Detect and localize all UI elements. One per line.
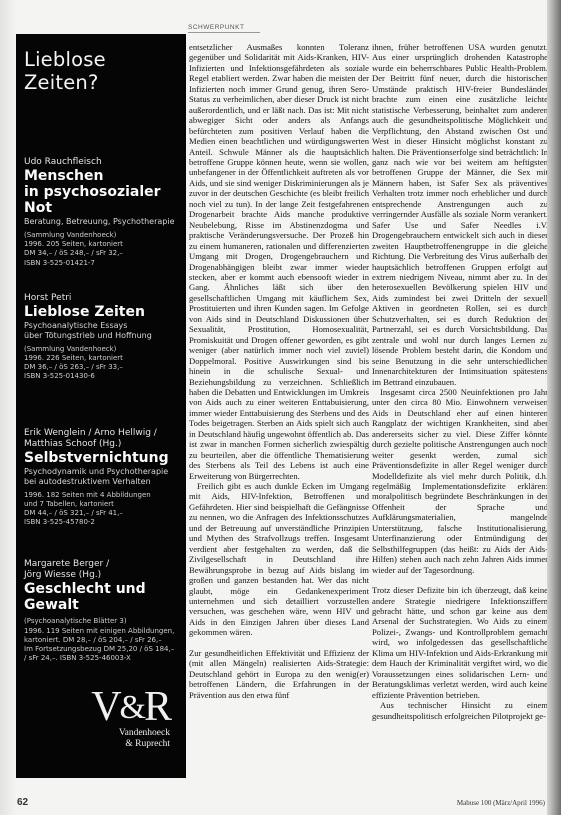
publisher-advertisement: Lieblose Zeiten? Udo Rauchfleisch Mensch… [16,34,186,778]
article-paragraph: Freilich gibt es auch dunkle Ecken im Um… [189,481,369,638]
book-details: (Psychoanalytische Blätter 3) 1996. 119 … [24,617,178,663]
book-subtitle-line: über Tötungstrieb und Hoffnung [24,331,178,341]
article-column-middle: entsetzlicher Ausmaßes konnten Toleranz … [189,42,369,777]
book-author: Udo Rauchfleisch [24,157,178,168]
book-title-line: Menschen [24,168,178,184]
book-detail-line: (Sammlung Vandenhoeck) [24,231,178,240]
book-detail-line: 1996. 182 Seiten mit 4 Abbildungen [24,491,178,500]
book-author: Erik Wenglein / Arno Hellwig / Matthias … [24,428,178,450]
book-detail-line: kartoniert. DM 28,– / öS 204,– / sFr 26,… [24,636,178,645]
book-detail-line: DM 44,– / öS 321,– / sFr 41,– [24,509,178,518]
book-subtitle: Psychoanalytische Essays über Tötungstri… [24,321,178,341]
article-paragraph: Aus technischer Hinsicht zu einem gesund… [372,700,548,721]
book-title: Lieblose Zeiten [24,304,178,320]
book-detail-line: DM 36,– / öS 263,– / sFr 33,– [24,363,178,372]
page-binding-shadow [547,0,561,815]
article-column-right: ihnen, früher betroffenen USA wurden gen… [372,42,548,777]
book-detail-line: ISBN 3-525-01421-7 [24,259,178,268]
book-title-line: in psychosozialer Not [24,184,178,216]
book-author-line: Jörg Wiesse (Hg.) [24,570,178,581]
logo-letter: R [144,684,170,730]
book-subtitle-line: Beratung, Betreuung, Psychotherapie [24,217,178,227]
publisher-name-line: & Ruprecht [91,739,170,750]
book-listing: Margarete Berger / Jörg Wiesse (Hg.) Ges… [24,559,178,663]
publisher-logo: V&R Vandenhoeck & Ruprecht [91,687,170,750]
article-paragraph: Insgesamt circa 2500 Neuinfektionen pro … [372,387,548,575]
issue-footer: Mabuse 100 (März/April 1996) [457,799,545,807]
article-paragraph: Trotz dieser Defizite bin ich überzeugt,… [372,585,548,700]
book-title: Selbstvernichtung [24,450,178,466]
page-number: 62 [17,797,28,808]
page-left-margin [0,0,16,815]
article-paragraph: ihnen, früher betroffenen USA wurden gen… [372,42,548,387]
book-author: Margarete Berger / Jörg Wiesse (Hg.) [24,559,178,581]
ad-headline: Lieblose Zeiten? [24,48,178,94]
book-detail-line: (Sammlung Vandenhoeck) [24,345,178,354]
book-listing: Horst Petri Lieblose Zeiten Psychoanalyt… [24,293,178,382]
book-author-line: Matthias Schoof (Hg.) [24,439,178,450]
book-author: Horst Petri [24,293,178,304]
book-details: (Sammlung Vandenhoeck) 1996. 205 Seiten,… [24,231,178,268]
book-detail-line: 1996. 205 Seiten, kartoniert [24,240,178,249]
book-detail-line: ISBN 3-525-45780-2 [24,518,178,527]
book-detail-line: ISBN 3-525-01430-6 [24,372,178,381]
book-subtitle-line: Psychoanalytische Essays [24,321,178,331]
book-detail-line: (Psychoanalytische Blätter 3) [24,617,178,626]
book-author-line: Erik Wenglein / Arno Hellwig / [24,428,178,439]
book-title-line: Lieblose Zeiten [24,304,178,320]
book-subtitle: Psychodynamik und Psychotherapie bei aut… [24,467,178,487]
book-author-line: Margarete Berger / [24,559,178,570]
book-title-line: Geschlecht und Gewalt [24,581,178,613]
book-detail-line: DM 34,– / öS 248,– / sFr 32,– [24,249,178,258]
book-subtitle-line: Psychodynamik und Psychotherapie [24,467,178,477]
vr-logo-mark: V&R [91,687,170,728]
book-title: Geschlecht und Gewalt [24,581,178,613]
book-detail-line: und 7 Tabellen, kartoniert [24,500,178,509]
book-detail-line: / sFr 24,–. ISBN 3-525-46003-X [24,654,178,663]
book-listing: Udo Rauchfleisch Menschen in psychosozia… [24,157,178,268]
book-details: 1996. 182 Seiten mit 4 Abbildungen und 7… [24,491,178,528]
book-detail-line: 1996. 226 Seiten, kartoniert [24,354,178,363]
logo-ampersand: & [120,689,144,726]
book-details: (Sammlung Vandenhoeck) 1996. 226 Seiten,… [24,345,178,382]
logo-letter: V [91,684,119,730]
book-subtitle-line: bei autodestruktivem Verhalten [24,477,178,487]
publisher-name: Vandenhoeck & Ruprecht [91,728,170,750]
book-detail-line: 1996. 119 Seiten mit einigen Abbildungen… [24,627,178,636]
book-title: Menschen in psychosozialer Not [24,168,178,216]
article-paragraph: Zur gesundheitlichen Effektivität und Ef… [189,648,369,700]
book-listing: Erik Wenglein / Arno Hellwig / Matthias … [24,428,178,528]
article-paragraph: entsetzlicher Ausmaßes konnten Toleranz … [189,42,369,481]
book-subtitle: Beratung, Betreuung, Psychotherapie [24,217,178,227]
running-head: Schwerpunkt [188,24,260,33]
book-detail-line: Im Fortsetzungsbezug DM 25,20 / öS 184,– [24,645,178,654]
book-title-line: Selbstvernichtung [24,450,178,466]
